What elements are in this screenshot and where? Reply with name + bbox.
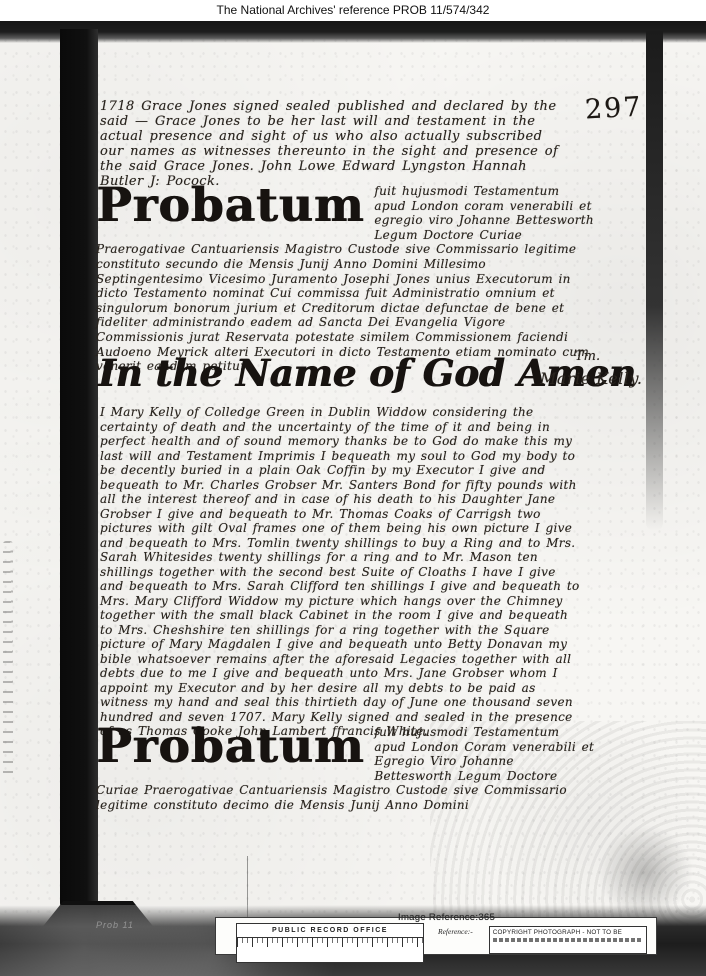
faint-class-reference: Prob 11 (96, 920, 134, 930)
public-record-office-box: PUBLIC RECORD OFFICE (236, 923, 424, 963)
folio-number: 297 (584, 92, 643, 126)
will-opening-heading: In the Name of God Amen (98, 353, 548, 393)
probatum-heading: Probatum (96, 725, 364, 769)
probatum-clause-first: Probatumfuit hujusmodi Testamentum apud … (96, 184, 596, 374)
image-reference-label: Image Reference:365 (398, 912, 495, 923)
margin-abbreviation: Tm. (575, 349, 600, 364)
witness-clause-1718: 1718 Grace Jones signed sealed published… (100, 99, 565, 189)
archive-scan-page: The National Archives' reference PROB 11… (0, 0, 706, 976)
reference-field-label: Reference:- (438, 927, 473, 954)
copyright-notice-box: COPYRIGHT PHOTOGRAPH - NOT TO BE (489, 926, 647, 954)
document-scan: 297 1718 Grace Jones signed sealed publi… (0, 21, 706, 976)
book-binding (60, 29, 98, 909)
scan-right-edge (646, 31, 663, 531)
margin-testator-name: Marie Kelly. (540, 369, 642, 388)
left-margin-scribble (3, 541, 13, 781)
scan-top-edge (0, 21, 706, 43)
probatum-heading: Probatum (96, 184, 364, 228)
archive-reference-header: The National Archives' reference PROB 11… (0, 3, 706, 17)
copyright-notice-text: COPYRIGHT PHOTOGRAPH - NOT TO BE (493, 929, 643, 936)
public-record-office-label: PUBLIC RECORD OFFICE (237, 924, 423, 934)
copyright-notice-clipped-line (493, 938, 643, 942)
probatum-clause-second: Probatumfuit hujusmodi Testamentum apud … (96, 725, 596, 813)
will-text: I Mary Kelly of Colledge Green in Dublin… (100, 405, 582, 739)
measuring-ruler (237, 937, 423, 951)
